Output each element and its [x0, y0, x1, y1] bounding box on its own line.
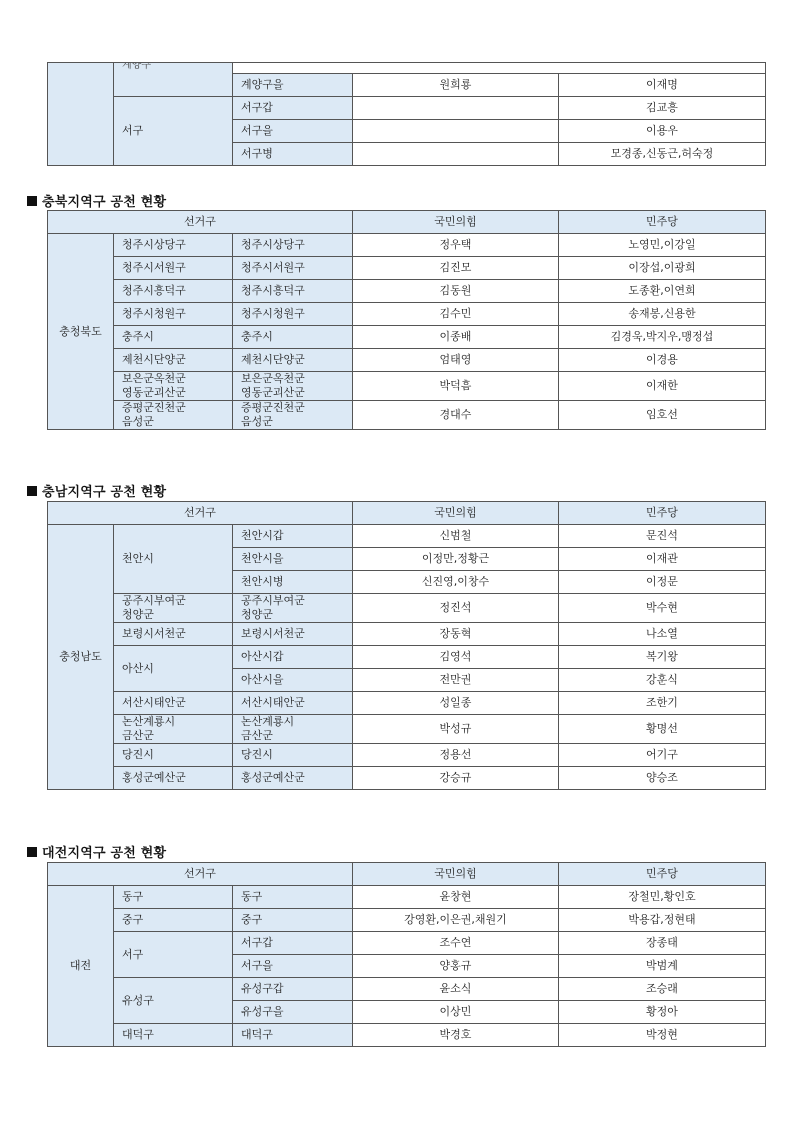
sub-district-cell: 계양구을: [233, 74, 353, 97]
district-cell: 충주시: [114, 326, 233, 349]
sub-district-cell: 천안시갑: [233, 525, 353, 548]
dem-candidate-cell: 나소열: [559, 623, 766, 646]
dem-candidate-cell: 이정문: [559, 571, 766, 594]
ppp-candidate-cell: [353, 120, 559, 143]
table-row: 당진시 당진시 정용선 어기구: [48, 744, 766, 767]
dem-candidate-cell: 장철민,황인호: [559, 886, 766, 909]
table-row: 청주시서원구 청주시서원구 김진모 이장섭,이광희: [48, 257, 766, 280]
dem-candidate-cell: 황정아: [559, 1001, 766, 1024]
sub-district-cell: 당진시: [233, 744, 353, 767]
dem-candidate-cell: 조승래: [559, 978, 766, 1001]
table-row: 서산시태안군 서산시태안군 성일종 조한기: [48, 692, 766, 715]
ppp-candidate-cell: 이종배: [353, 326, 559, 349]
ppp-candidate-cell: 김수민: [353, 303, 559, 326]
district-cell: 증평군진천군음성군: [114, 401, 233, 430]
ppp-candidate-cell: 장동혁: [353, 623, 559, 646]
dem-candidate-cell: 김경욱,박지우,맹정섭: [559, 326, 766, 349]
dem-candidate-cell: 이장섭,이광희: [559, 257, 766, 280]
header-district: 선거구: [48, 863, 353, 886]
district-cell: 청주시흥덕구: [114, 280, 233, 303]
sub-district-cell: 유성구을: [233, 1001, 353, 1024]
ppp-candidate-cell: 정우택: [353, 234, 559, 257]
ppp-candidate-cell: 신진영,이창수: [353, 571, 559, 594]
district-cell: 중구: [114, 909, 233, 932]
dem-candidate-cell: 이재명: [559, 74, 766, 97]
district-cell-partial: 계양구: [114, 63, 233, 74]
table-row: 아산시 아산시갑 김영석 복기왕: [48, 646, 766, 669]
district-cell: 아산시: [114, 646, 233, 692]
table-header-row: 선거구 국민의힘 민주당: [48, 211, 766, 234]
district-cell: 서구: [114, 932, 233, 978]
sub-district-cell: 서구갑: [233, 97, 353, 120]
sub-district-cell: 천안시병: [233, 571, 353, 594]
ppp-candidate-cell: 박경호: [353, 1024, 559, 1047]
ppp-candidate-cell: 박덕흠: [353, 372, 559, 401]
ppp-candidate-cell: 정진석: [353, 594, 559, 623]
table-row: 보령시서천군 보령시서천군 장동혁 나소열: [48, 623, 766, 646]
sub-district-cell: 증평군진천군음성군: [233, 401, 353, 430]
sub-district-cell: 논산계룡시금산군: [233, 715, 353, 744]
district-cell: 홍성군예산군: [114, 767, 233, 790]
ppp-candidate-cell: 박성규: [353, 715, 559, 744]
sub-district-cell: 보령시서천군: [233, 623, 353, 646]
table-row: 유성구 유성구갑 윤소식 조승래: [48, 978, 766, 1001]
ppp-candidate-cell: 이상민: [353, 1001, 559, 1024]
ppp-candidate-cell: [353, 143, 559, 166]
sub-district-cell: 홍성군예산군: [233, 767, 353, 790]
district-cell: 당진시: [114, 744, 233, 767]
section-title-daejeon: 대전지역구 공천 현황: [27, 842, 166, 861]
table-header-row: 선거구 국민의힘 민주당: [48, 863, 766, 886]
table-row: 논산계룡시금산군 논산계룡시금산군 박성규 황명선: [48, 715, 766, 744]
district-cell: 보령시서천군: [114, 623, 233, 646]
table-row: 증평군진천군음성군 증평군진천군음성군 경대수 임호선: [48, 401, 766, 430]
dem-candidate-cell: 이재한: [559, 372, 766, 401]
header-dem: 민주당: [559, 863, 766, 886]
dem-candidate-cell: 어기구: [559, 744, 766, 767]
table-row: 청주시청원구 청주시청원구 김수민 송재봉,신용한: [48, 303, 766, 326]
dem-candidate-cell: 양승조: [559, 767, 766, 790]
sub-district-cell: 동구: [233, 886, 353, 909]
ppp-candidate-cell: 신범철: [353, 525, 559, 548]
district-cell: 서산시태안군: [114, 692, 233, 715]
section-title-chungnam: 충남지역구 공천 현황: [27, 481, 166, 500]
sub-district-cell: 서구병: [233, 143, 353, 166]
chungnam-table: 선거구 국민의힘 민주당 충청남도 천안시 천안시갑 신범철 문진석 천안시을 …: [47, 501, 766, 790]
ppp-candidate-cell: 김동원: [353, 280, 559, 303]
dem-candidate-cell: 황명선: [559, 715, 766, 744]
sub-district-cell: 청주시상당구: [233, 234, 353, 257]
district-cell: 공주시부여군청양군: [114, 594, 233, 623]
square-bullet-icon: [27, 196, 37, 206]
sub-district-cell: 충주시: [233, 326, 353, 349]
sub-district-cell: 공주시부여군청양군: [233, 594, 353, 623]
table-row: 대덕구 대덕구 박경호 박정현: [48, 1024, 766, 1047]
table-row: 대전 동구 동구 윤창현 장철민,황인호: [48, 886, 766, 909]
dem-candidate-cell: 박용갑,정현태: [559, 909, 766, 932]
table-row: 보은군옥천군영동군괴산군 보은군옥천군영동군괴산군 박덕흠 이재한: [48, 372, 766, 401]
sub-district-cell: 천안시을: [233, 548, 353, 571]
dem-candidate-cell: 이경용: [559, 349, 766, 372]
table-row: 충청북도 청주시상당구 청주시상당구 정우택 노영민,이강일: [48, 234, 766, 257]
table-row: 청주시흥덕구 청주시흥덕구 김동원 도종환,이연희: [48, 280, 766, 303]
table-row: 제천시단양군 제천시단양군 엄태영 이경용: [48, 349, 766, 372]
district-cell: 보은군옥천군영동군괴산군: [114, 372, 233, 401]
dem-candidate-cell: 노영민,이강일: [559, 234, 766, 257]
table-row: 충청남도 천안시 천안시갑 신범철 문진석: [48, 525, 766, 548]
table-row: 계양구을 원희룡 이재명: [48, 74, 766, 97]
dem-candidate-cell: 박수현: [559, 594, 766, 623]
sub-district-cell: 유성구갑: [233, 978, 353, 1001]
sub-district-cell: 제천시단양군: [233, 349, 353, 372]
header-ppp: 국민의힘: [353, 502, 559, 525]
table-row: 충주시 충주시 이종배 김경욱,박지우,맹정섭: [48, 326, 766, 349]
ppp-candidate-cell: 성일종: [353, 692, 559, 715]
ppp-candidate-cell: 강승규: [353, 767, 559, 790]
ppp-candidate-cell: 정용선: [353, 744, 559, 767]
ppp-candidate-cell: 양홍규: [353, 955, 559, 978]
dem-candidate-cell: 박범계: [559, 955, 766, 978]
header-district: 선거구: [48, 502, 353, 525]
table-row: 중구 중구 강영환,이은권,채원기 박용갑,정현태: [48, 909, 766, 932]
daejeon-table: 선거구 국민의힘 민주당 대전 동구 동구 윤창현 장철민,황인호 중구 중구 …: [47, 862, 766, 1047]
ppp-candidate-cell: 이정만,정황근: [353, 548, 559, 571]
district-cell: 동구: [114, 886, 233, 909]
ppp-candidate-cell: 경대수: [353, 401, 559, 430]
incheon-table-tail: 계양구 계양구을 원희룡 이재명 서구 서구갑 김교흥 서구을 이용우 서구병 …: [47, 62, 766, 166]
dem-candidate-cell: 장종태: [559, 932, 766, 955]
sub-district-cell: 서구을: [233, 120, 353, 143]
district-cell: 청주시청원구: [114, 303, 233, 326]
region-cell: 충청북도: [48, 234, 114, 430]
header-dem: 민주당: [559, 211, 766, 234]
district-cell: 유성구: [114, 978, 233, 1024]
ppp-candidate-cell: 김진모: [353, 257, 559, 280]
district-cell: 청주시상당구: [114, 234, 233, 257]
sub-district-cell: 청주시흥덕구: [233, 280, 353, 303]
header-ppp: 국민의힘: [353, 863, 559, 886]
district-cell: 서구: [114, 97, 233, 166]
sub-district-cell: 아산시을: [233, 669, 353, 692]
sub-district-cell: 청주시청원구: [233, 303, 353, 326]
sub-district-cell: 서산시태안군: [233, 692, 353, 715]
dem-candidate-cell: 복기왕: [559, 646, 766, 669]
dem-candidate-cell: 도종환,이연희: [559, 280, 766, 303]
dem-candidate-cell: 조한기: [559, 692, 766, 715]
ppp-candidate-cell: 윤소식: [353, 978, 559, 1001]
sub-district-cell: 대덕구: [233, 1024, 353, 1047]
dem-candidate-cell: 이용우: [559, 120, 766, 143]
table-row: 홍성군예산군 홍성군예산군 강승규 양승조: [48, 767, 766, 790]
sub-district-cell: 청주시서원구: [233, 257, 353, 280]
region-cell: 대전: [48, 886, 114, 1047]
dem-candidate-cell: 문진석: [559, 525, 766, 548]
dem-candidate-cell: 김교흥: [559, 97, 766, 120]
header-ppp: 국민의힘: [353, 211, 559, 234]
square-bullet-icon: [27, 486, 37, 496]
ppp-candidate-cell: 김영석: [353, 646, 559, 669]
district-cell: 대덕구: [114, 1024, 233, 1047]
region-cell: [48, 63, 114, 166]
table-header-row: 선거구 국민의힘 민주당: [48, 502, 766, 525]
header-dem: 민주당: [559, 502, 766, 525]
section-title-chungbuk: 충북지역구 공천 현황: [27, 191, 166, 210]
ppp-candidate-cell: 조수연: [353, 932, 559, 955]
ppp-candidate-cell: [353, 97, 559, 120]
region-cell: 충청남도: [48, 525, 114, 790]
dem-candidate-cell: 임호선: [559, 401, 766, 430]
dem-candidate-cell: 송재봉,신용한: [559, 303, 766, 326]
dem-candidate-cell: 이재관: [559, 548, 766, 571]
ppp-candidate-cell: 엄태영: [353, 349, 559, 372]
ppp-candidate-cell: 전만권: [353, 669, 559, 692]
square-bullet-icon: [27, 847, 37, 857]
ppp-candidate-cell: 강영환,이은권,채원기: [353, 909, 559, 932]
district-cell: 제천시단양군: [114, 349, 233, 372]
chungbuk-table: 선거구 국민의힘 민주당 충청북도 청주시상당구 청주시상당구 정우택 노영민,…: [47, 210, 766, 430]
ppp-candidate-cell: 원희룡: [353, 74, 559, 97]
sub-district-cell: 중구: [233, 909, 353, 932]
table-row: 공주시부여군청양군 공주시부여군청양군 정진석 박수현: [48, 594, 766, 623]
sub-district-cell: 서구갑: [233, 932, 353, 955]
sub-district-cell: 서구을: [233, 955, 353, 978]
sub-district-cell: 아산시갑: [233, 646, 353, 669]
header-district: 선거구: [48, 211, 353, 234]
dem-candidate-cell: 박정현: [559, 1024, 766, 1047]
sub-district-cell: 보은군옥천군영동군괴산군: [233, 372, 353, 401]
district-cell: 청주시서원구: [114, 257, 233, 280]
ppp-candidate-cell: 윤창현: [353, 886, 559, 909]
table-row: 서구 서구갑 조수연 장종태: [48, 932, 766, 955]
district-cell: 천안시: [114, 525, 233, 594]
district-cell: 논산계룡시금산군: [114, 715, 233, 744]
dem-candidate-cell: 강훈식: [559, 669, 766, 692]
table-row: 서구 서구갑 김교흥: [48, 97, 766, 120]
dem-candidate-cell: 모경종,신동근,허숙정: [559, 143, 766, 166]
